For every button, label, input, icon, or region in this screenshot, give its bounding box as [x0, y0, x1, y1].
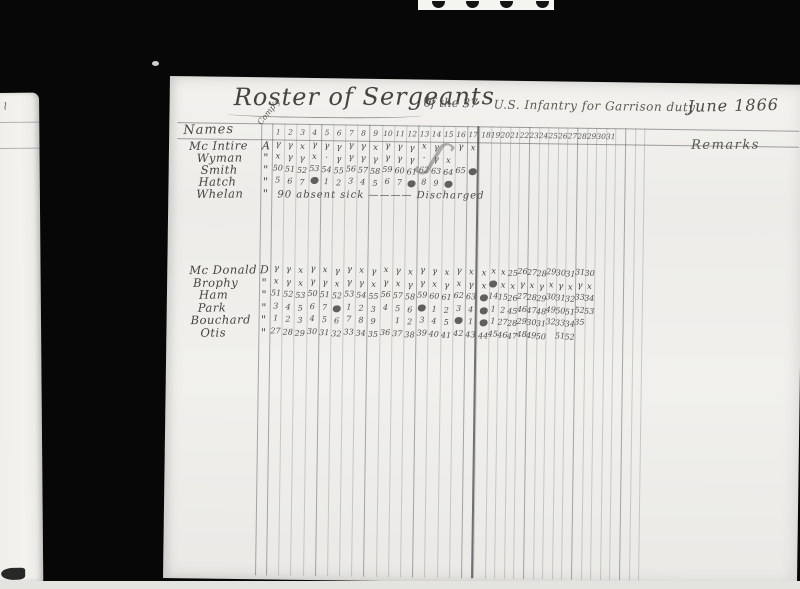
attendance-mark: γ [347, 277, 352, 287]
attendance-mark: γ [324, 141, 329, 151]
day-cell: 3 [348, 176, 353, 185]
day-cell: 39 [417, 328, 427, 337]
day-cell: 58 [405, 292, 415, 301]
ink-blot [480, 307, 488, 314]
entry-company: " [261, 326, 266, 339]
attendance-mark: x [298, 278, 303, 288]
day-cell: 52 [297, 166, 307, 175]
day-cell: 5 [444, 318, 449, 327]
ink-blot [418, 304, 426, 311]
attendance-mark: γ [434, 155, 439, 165]
column-rule [629, 128, 636, 580]
day-number: 16 [456, 130, 466, 139]
page-title-regiment: of the 37th [424, 96, 433, 111]
attendance-mark: x [359, 266, 364, 276]
day-number: 22 [520, 131, 530, 140]
day-cell: 54 [321, 165, 331, 174]
day-cell: 52 [564, 333, 574, 342]
attendance-mark: γ [361, 154, 366, 164]
name-column-rule [255, 123, 262, 575]
entry-name: Otis [200, 325, 226, 339]
day-cell: 6 [310, 302, 315, 311]
attendance-mark: γ [310, 277, 315, 287]
facing-page-edge: ≀ [0, 93, 43, 582]
attendance-mark: x [300, 142, 305, 152]
day-cell: 1 [432, 304, 437, 313]
attendance-mark: x [298, 266, 303, 276]
day-cell: 30 [585, 269, 595, 278]
column-rule [581, 128, 588, 580]
day-cell: 2 [285, 315, 290, 324]
day-cell: 60 [394, 166, 404, 175]
day-cell: 59 [382, 165, 392, 174]
attendance-mark: x [384, 265, 389, 275]
day-number: 5 [325, 128, 330, 137]
day-cell: 8 [421, 178, 426, 187]
cropped-digit-mark [432, 1, 445, 8]
ink-blot [479, 320, 487, 327]
entry-company: " [261, 301, 266, 314]
ink-blot [454, 317, 462, 324]
attendance-mark: x [335, 279, 340, 289]
ink-blot [333, 305, 341, 312]
attendance-mark: γ [385, 153, 390, 163]
day-number: 28 [577, 132, 587, 141]
day-cell: 2 [358, 303, 363, 312]
day-number: 20 [500, 131, 510, 140]
day-number: 10 [383, 129, 393, 138]
attendance-mark: γ [420, 278, 425, 288]
attendance-mark: x [432, 279, 437, 289]
day-cell: 7 [299, 178, 304, 187]
attendance-mark: x [396, 279, 401, 289]
day-cell: 1 [490, 317, 495, 326]
attendance-mark: x [587, 281, 592, 291]
day-cell: 1 [346, 302, 351, 311]
day-number: 8 [361, 129, 366, 138]
attendance-mark: γ [335, 266, 340, 276]
day-cell: 50 [307, 289, 317, 298]
day-cell: 27 [270, 326, 280, 335]
day-cell: 2 [444, 306, 449, 315]
entry-company: " [261, 288, 266, 301]
column-rule [513, 127, 520, 579]
day-cell: 35 [574, 318, 584, 327]
attendance-mark: x [371, 279, 376, 289]
day-number: 25 [548, 131, 558, 140]
day-cell: 40 [429, 330, 439, 339]
entry-company: " [263, 187, 268, 200]
day-cell: 8 [358, 316, 363, 325]
attendance-mark: γ [371, 267, 376, 277]
page-curl-shadow [1, 568, 25, 580]
day-cell: 5 [395, 304, 400, 313]
day-number: 1 [276, 127, 281, 136]
attendance-mark: γ [312, 140, 317, 150]
day-cell: 63 [466, 292, 476, 301]
attendance-mark: γ [383, 278, 388, 288]
day-cell: 4 [383, 303, 388, 312]
day-cell: 34 [356, 329, 366, 338]
day-cell: 62 [454, 291, 464, 300]
column-rule [638, 129, 645, 581]
entry-company: " [261, 314, 266, 327]
column-rule [504, 127, 511, 579]
attendance-mark: x [549, 280, 554, 290]
column-rule [552, 127, 559, 579]
day-cell: 3 [297, 316, 302, 325]
day-cell: 51 [285, 165, 295, 174]
day-cell: 4 [431, 317, 436, 326]
day-cell: 3 [419, 316, 424, 325]
day-cell: 42 [453, 329, 463, 338]
day-cell: 57 [358, 166, 368, 175]
facing-page-rule [0, 148, 39, 149]
day-cell: 55 [334, 166, 344, 175]
day-cell: 4 [310, 314, 315, 323]
cropped-digit-mark [466, 1, 479, 8]
day-cell: 6 [287, 177, 292, 186]
attendance-mark: x [408, 267, 413, 277]
day-number: 29 [587, 132, 597, 141]
day-number: 12 [407, 129, 417, 138]
scan-border-strip [0, 581, 800, 589]
day-number: 31 [606, 132, 616, 141]
attendance-mark: γ [300, 154, 305, 164]
day-number: 6 [337, 128, 342, 137]
attendance-mark: γ [310, 264, 315, 274]
column-rule [523, 127, 530, 579]
attendance-mark: γ [348, 153, 353, 163]
column-rule [600, 128, 607, 580]
attendance-mark: x [276, 151, 281, 161]
names-column-header: Names [183, 122, 234, 138]
ink-blot [469, 168, 477, 175]
attendance-mark: x [501, 280, 506, 290]
day-cell: 43 [465, 330, 475, 339]
attendance-mark: γ [385, 141, 390, 151]
day-cell: 57 [393, 291, 403, 300]
day-number: 14 [432, 130, 442, 139]
attendance-mark: γ [286, 265, 291, 275]
day-cell: 50 [536, 332, 546, 341]
day-cell: 63 [431, 167, 441, 176]
column-rule [590, 128, 597, 580]
day-cell: 64 [443, 168, 453, 177]
attendance-mark: γ [520, 279, 525, 289]
attendance-mark: γ [444, 280, 449, 290]
day-cell: 1 [273, 314, 278, 323]
day-cell: 53 [344, 290, 354, 299]
day-cell: 9 [433, 179, 438, 188]
day-cell: 1 [324, 177, 329, 186]
day-number: 30 [596, 132, 606, 141]
day-cell: 5 [298, 304, 303, 313]
day-cell: 52 [283, 290, 293, 299]
attendance-mark: γ [336, 154, 341, 164]
day-cell: 59 [417, 291, 427, 300]
scanned-ledger-screenshot: { "scan": { "top_tab_mark_count": 4, "ta… [0, 0, 800, 589]
attendance-mark: · [325, 153, 328, 163]
dust-speck [152, 61, 159, 66]
day-number: 24 [539, 131, 549, 140]
column-rule [571, 128, 578, 580]
attendance-mark: γ [558, 281, 563, 291]
column-rule [542, 127, 549, 579]
attendance-mark: x [529, 281, 534, 291]
day-cell: 33 [343, 327, 353, 336]
column-rule [619, 128, 626, 580]
day-cell: 65 [455, 166, 465, 175]
page-title-date: June 1866 [687, 95, 779, 116]
day-cell: 5 [372, 179, 377, 188]
attendance-mark: x [469, 267, 474, 277]
attendance-mark: γ [288, 141, 293, 151]
attendance-mark: γ [468, 280, 473, 290]
day-number: 4 [312, 128, 317, 137]
day-cell: 32 [331, 329, 341, 338]
day-number: 3 [300, 128, 305, 137]
attendance-mark: x [456, 279, 461, 289]
day-cell: 56 [346, 164, 356, 173]
day-cell: 1 [468, 318, 473, 327]
day-cell: 61 [441, 293, 451, 302]
column-rule [533, 127, 540, 579]
attendance-mark: γ [288, 153, 293, 163]
attendance-mark: x [482, 268, 487, 278]
day-number: 2 [288, 128, 293, 137]
attendance-mark: x [373, 143, 378, 153]
day-cell: 53 [309, 164, 319, 173]
scanner-label-tab [418, 0, 554, 10]
attendance-mark: γ [373, 155, 378, 165]
attendance-mark: γ [361, 142, 366, 152]
day-cell: 41 [441, 331, 451, 340]
day-cell: 4 [468, 305, 473, 314]
day-cell: 56 [380, 290, 390, 299]
day-cell: 51 [320, 290, 330, 299]
attendance-mark: γ [539, 282, 544, 292]
column-rule [561, 128, 568, 580]
day-number: 27 [568, 132, 578, 141]
ledger-page: Roster of Sergeants of the 37th U.S. Inf… [163, 76, 800, 587]
attendance-mark: γ [432, 267, 437, 277]
day-cell: 2 [500, 305, 505, 314]
attendance-mark: γ [409, 143, 414, 153]
day-number: 11 [395, 129, 405, 138]
day-cell: 53 [584, 307, 594, 316]
attendance-mark: γ [286, 277, 291, 287]
attendance-mark: γ [322, 278, 327, 288]
day-number: 17 [468, 130, 478, 139]
day-cell: 1 [491, 304, 496, 313]
attendance-mark: γ [408, 280, 413, 290]
day-cell: 53 [295, 291, 305, 300]
day-cell: 58 [370, 167, 380, 176]
day-cell: 6 [334, 317, 339, 326]
day-cell: 3 [273, 301, 278, 310]
ink-blot [444, 181, 452, 188]
day-cell: 60 [429, 292, 439, 301]
attendance-mark: γ [420, 266, 425, 276]
day-number: 9 [373, 129, 378, 138]
attendance-mark: γ [456, 266, 461, 276]
day-cell: 9 [370, 317, 375, 326]
day-cell: 50 [273, 163, 283, 172]
day-cell: 5 [322, 316, 327, 325]
column-rule [485, 126, 492, 578]
day-cell: 1 [395, 317, 400, 326]
day-cell: 55 [368, 292, 378, 301]
column-rule [609, 128, 616, 580]
attendance-mark: x [501, 268, 506, 278]
attendance-mark: x [491, 267, 496, 277]
day-cell: 35 [368, 330, 378, 339]
day-cell: 61 [407, 167, 417, 176]
attendance-mark: γ [274, 263, 279, 273]
day-number: 7 [349, 129, 354, 138]
attendance-mark: γ [396, 266, 401, 276]
day-cell: 52 [332, 291, 342, 300]
entry-company: D [260, 263, 269, 276]
attendance-mark: x [510, 281, 515, 291]
ink-blot [480, 295, 488, 302]
attendance-mark: γ [276, 139, 281, 149]
day-number: 23 [529, 131, 539, 140]
day-cell: 2 [336, 178, 341, 187]
day-cell: 2 [407, 318, 412, 327]
entry-note: 90 absent sick ———— Discharged [277, 189, 484, 201]
attendance-mark: γ [409, 155, 414, 165]
day-number: 19 [491, 130, 501, 139]
day-cell: 38 [404, 330, 414, 339]
day-cell: 31 [319, 328, 329, 337]
attendance-mark: γ [397, 154, 402, 164]
day-number: 21 [510, 131, 520, 140]
day-cell: 5 [275, 175, 280, 184]
ink-blot [310, 177, 318, 184]
cropped-digit-mark [500, 1, 513, 8]
day-cell: 30 [307, 327, 317, 336]
day-number: 26 [558, 131, 568, 140]
attendance-mark: x [446, 156, 451, 166]
day-cell: 29 [295, 329, 305, 338]
attendance-mark: x [422, 142, 427, 152]
attendance-mark: x [323, 265, 328, 275]
attendance-mark: x [274, 276, 279, 286]
attendance-mark: γ [359, 278, 364, 288]
attendance-mark: x [568, 282, 573, 292]
day-number: 15 [444, 130, 454, 139]
day-number: 18 [481, 130, 491, 139]
attendance-mark: x [471, 143, 476, 153]
attendance-mark: x [444, 268, 449, 278]
attendance-mark: · [423, 154, 426, 164]
day-cell: 34 [584, 294, 594, 303]
attendance-mark: γ [577, 280, 582, 290]
day-cell: 3 [456, 304, 461, 313]
day-cell: 4 [360, 178, 365, 187]
column-rule [494, 127, 501, 579]
attendance-mark: γ [347, 264, 352, 274]
day-cell: 7 [322, 303, 327, 312]
page-title-unit: U.S. Infantry for Garrison duty [494, 98, 696, 115]
day-cell: 6 [385, 177, 390, 186]
facing-page-scribble: ≀ [1, 99, 8, 114]
day-cell: 6 [407, 305, 412, 314]
attendance-mark: γ [397, 142, 402, 152]
day-cell: 7 [346, 315, 351, 324]
day-cell: 4 [285, 302, 290, 311]
ink-blot [408, 180, 416, 187]
day-cell: 36 [380, 328, 390, 337]
ink-blot [489, 280, 497, 287]
attendance-mark: x [481, 281, 486, 291]
cropped-digit-mark [536, 1, 549, 8]
attendance-mark: γ [434, 143, 439, 153]
day-cell: 7 [397, 178, 402, 187]
entry-name: Whelan [196, 186, 243, 201]
day-cell: 54 [356, 291, 366, 300]
day-cell: 3 [371, 305, 376, 314]
attendance-mark: x [312, 152, 317, 162]
attendance-mark: γ [349, 141, 354, 151]
day-cell: 37 [392, 329, 402, 338]
day-cell: 62 [419, 165, 429, 174]
day-number: 13 [420, 129, 430, 138]
attendance-mark: γ [458, 142, 463, 152]
day-cell: 28 [283, 328, 293, 337]
day-cell: 51 [271, 289, 281, 298]
facing-page-rule [0, 122, 39, 123]
entry-company: " [262, 276, 267, 289]
attendance-mark: γ [336, 142, 341, 152]
